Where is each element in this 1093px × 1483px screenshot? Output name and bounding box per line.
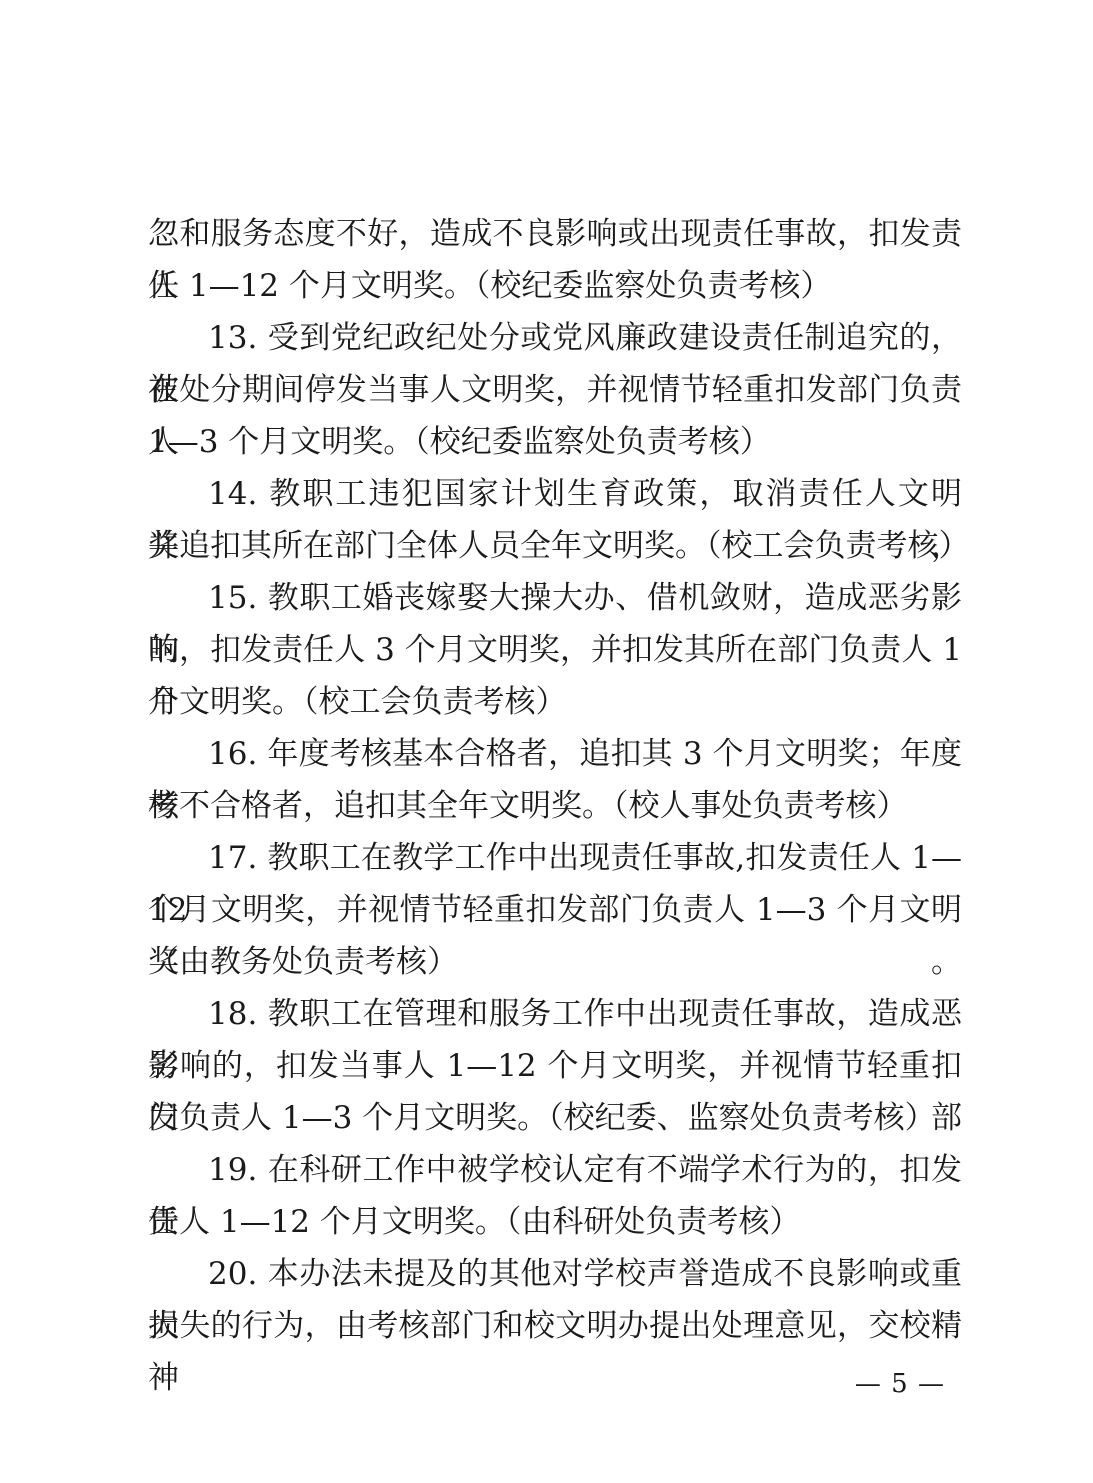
text-line-16: 18. 教职工在管理和服务工作中出现责任事故，造成恶劣 (148, 988, 962, 1040)
text-line-10: 月文明奖。（校工会负责考核） (148, 676, 962, 728)
text-line-4: 被处分期间停发当事人文明奖，并视情节轻重扣发部门负责人 (148, 364, 962, 416)
text-line-17: 影响的，扣发当事人 1—12 个月文明奖，并视情节轻重扣发部 (148, 1040, 962, 1092)
text-line-9: 的，扣发责任人 3 个月文明奖，并扣发其所在部门负责人 1 个 (148, 624, 962, 676)
text-line-2: 人 1—12 个月文明奖。（校纪委监察处负责考核） (148, 260, 962, 312)
text-line-5: 1—3 个月文明奖。（校纪委监察处负责考核） (148, 416, 962, 468)
text-line-11: 16. 年度考核基本合格者，追扣其 3 个月文明奖；年度考 (148, 728, 962, 780)
page-number: — 5 — (855, 1368, 945, 1400)
text-line-13: 17. 教职工在教学工作中出现责任事故,扣发责任人 1—12 (148, 832, 962, 884)
text-line-20: 任人 1—12 个月文明奖。（由科研处负责考核） (148, 1196, 962, 1248)
text-line-19: 19. 在科研工作中被学校认定有不端学术行为的，扣发责 (148, 1144, 962, 1196)
text-line-12: 核不合格者，追扣其全年文明奖。（校人事处负责考核） (148, 780, 962, 832)
text-line-14: 个月文明奖，并视情节轻重扣发部门负责人 1—3 个月文明奖。 (148, 884, 962, 936)
text-line-21: 20. 本办法未提及的其他对学校声誉造成不良影响或重大 (148, 1248, 962, 1300)
text-line-22: 损失的行为，由考核部门和校文明办提出处理意见，交校精神 (148, 1300, 962, 1352)
document-page: 忽和服务态度不好，造成不良影响或出现责任事故，扣发责任人 1—12 个月文明奖。… (0, 0, 1093, 1483)
text-line-6: 14. 教职工违犯国家计划生育政策，取消责任人文明奖， (148, 468, 962, 520)
document-body: 忽和服务态度不好，造成不良影响或出现责任事故，扣发责任人 1—12 个月文明奖。… (148, 208, 962, 1352)
text-line-3: 13. 受到党纪政纪处分或党风廉政建设责任制追究的，在 (148, 312, 962, 364)
text-line-18: 门负责人 1—3 个月文明奖。（校纪委、监察处负责考核） (148, 1092, 962, 1144)
text-line-8: 15. 教职工婚丧嫁娶大操大办、借机敛财，造成恶劣影响 (148, 572, 962, 624)
text-line-7: 并追扣其所在部门全体人员全年文明奖。（校工会负责考核） (148, 520, 962, 572)
text-line-1: 忽和服务态度不好，造成不良影响或出现责任事故，扣发责任 (148, 208, 962, 260)
